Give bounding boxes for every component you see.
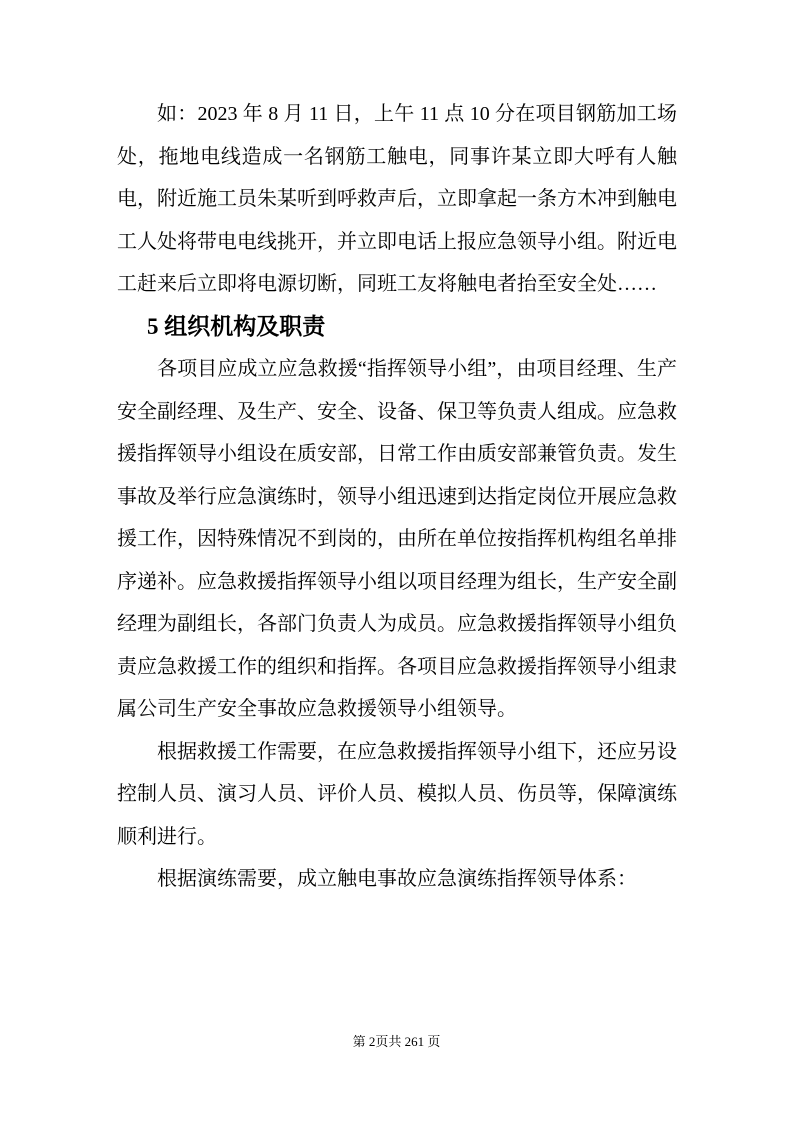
document-body: 如：2023 年 8 月 11 日，上午 11 点 10 分在项目钢筋加工场处，…	[117, 93, 677, 901]
document-page: 如：2023 年 8 月 11 日，上午 11 点 10 分在项目钢筋加工场处，…	[0, 0, 793, 1122]
paragraph-drill-system: 根据演练需要，成立触电事故应急演练指挥领导体系：	[117, 858, 677, 901]
paragraph-organization: 各项目应成立应急救援“指挥领导小组”，由项目经理、生产安全副经理、及生产、安全、…	[117, 348, 677, 731]
paragraph-example-scenario: 如：2023 年 8 月 11 日，上午 11 点 10 分在项目钢筋加工场处，…	[117, 93, 677, 306]
paragraph-support-roles: 根据救援工作需要，在应急救援指挥领导小组下，还应另设控制人员、演习人员、评价人员…	[117, 731, 677, 859]
page-number-label: 第 2页共 261 页	[353, 1034, 441, 1049]
page-footer: 第 2页共 261 页	[0, 1033, 793, 1051]
section-heading: 5 组织机构及职责	[117, 306, 677, 349]
